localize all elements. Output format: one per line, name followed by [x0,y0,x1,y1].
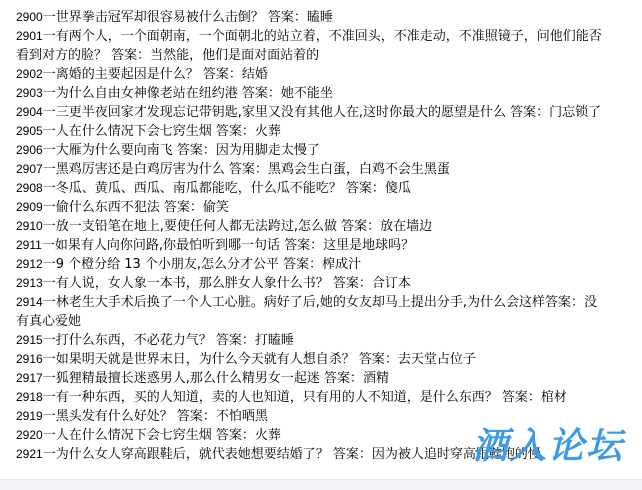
entry-text: 一有人说，女人象一本书，那么胖女人象什么书？ 答案：合订本 [43,276,411,291]
entry-number: 2911 [16,238,42,252]
entry-text: 一林老生大手术后换了一个人工心脏。病好了后,她的女友却马上提出分手,为什么会这样… [16,295,597,329]
riddle-entry: 2913一有人说，女人象一本书，那么胖女人象什么书？ 答案：合订本 [16,274,606,293]
entry-text: 一如果明天就是世界末日，为什么今天就有人想自杀？ 答案：去天堂占位子 [43,352,476,367]
entry-text: 一打什么东西，不必花力气？ 答案：打瞌睡 [43,333,294,348]
entry-number: 2905 [16,124,43,138]
entry-number: 2916 [16,352,43,366]
entry-number: 2921 [16,447,43,461]
entry-text: 一偷什么东西不犯法 答案：偷笑 [43,200,229,215]
riddle-entry: 2916一如果明天就是世界末日，为什么今天就有人想自杀？ 答案：去天堂占位子 [16,350,606,369]
entry-number: 2919 [16,409,43,423]
riddle-entry: 2917一狐狸精最擅长迷惑男人,那么什么精男女一起迷 答案：酒精 [16,369,606,388]
entry-text: 一黑头发有什么好处？ 答案：不怕晒黑 [43,409,268,424]
entry-text: 一人在什么情况下会七窍生烟 答案：火葬 [43,124,281,139]
entry-number: 2908 [16,181,43,195]
entry-number: 2918 [16,390,43,404]
entry-text: 一大雁为什么要向南飞 答案：因为用脚走太慢了 [43,143,320,158]
riddle-entry: 2908一冬瓜、黄瓜、西瓜、南瓜都能吃，什么瓜不能吃？ 答案：傻瓜 [16,179,606,198]
riddle-entry: 2904一三更半夜回家才发现忘记带钥匙,家里又没有其他人在,这时你最大的愿望是什… [16,103,606,122]
riddle-entry: 2912一9 个橙分给 13 个小朋友,怎么分才公平 答案：榨成汁 [16,255,606,274]
riddle-entry: 2909一偷什么东西不犯法 答案：偷笑 [16,198,606,217]
entry-text: 一离婚的主要起因是什么？ 答案：结婚 [43,67,268,82]
entry-text: 一人在什么情况下会七窍生烟 答案：火葬 [43,428,281,443]
entry-text: 一为什么女人穿高跟鞋后，就代表她想要结婚了？ 答案：因为被人追时穿高跟鞋跑的慢 [43,447,541,462]
entry-number: 2909 [16,200,43,214]
riddle-entry: 2919一黑头发有什么好处？ 答案：不怕晒黑 [16,407,606,426]
riddle-entry: 2910一放一支铅笔在地上,要使任何人都无法跨过,怎么做 答案：放在墙边 [16,217,606,236]
entry-text: 一冬瓜、黄瓜、西瓜、南瓜都能吃，什么瓜不能吃？ 答案：傻瓜 [43,181,411,196]
entry-text: 一为什么自由女神像老站在纽约港 答案：她不能坐 [43,86,333,101]
riddle-entry: 2902一离婚的主要起因是什么？ 答案：结婚 [16,65,606,84]
entry-number: 2900 [16,10,43,24]
entry-number: 2917 [16,371,43,385]
riddle-entry: 2914一林老生大手术后换了一个人工心脏。病好了后,她的女友却马上提出分手,为什… [16,293,606,331]
entry-text: 一有一种东西，买的人知道，卖的人也知道，只有用的人不知道，是什么东西？ 答案：棺… [43,390,567,405]
entry-number: 2907 [16,162,43,176]
entry-text: 一9 个橙分给 13 个小朋友,怎么分才公平 答案：榨成汁 [43,257,361,272]
riddle-entry: 2907一黑鸡厉害还是白鸡厉害为什么 答案：黑鸡会生白蛋，白鸡不会生黑蛋 [16,160,606,179]
entry-text: 一世界拳击冠军却很容易被什么击倒？ 答案：瞌睡 [43,10,333,25]
riddle-entry: 2911一如果有人向你问路,你最怕听到哪一句话 答案：这里是地球吗？ [16,236,606,255]
entry-number: 2906 [16,143,43,157]
entry-text: 一狐狸精最擅长迷惑男人,那么什么精男女一起迷 答案：酒精 [43,371,389,386]
entry-number: 2914 [16,295,43,309]
entry-number: 2920 [16,428,43,442]
forum-watermark-logo: 酒入论坛 [472,427,624,467]
riddle-entry: 2905一人在什么情况下会七窍生烟 答案：火葬 [16,122,606,141]
entry-number: 2913 [16,276,43,290]
entry-number: 2902 [16,67,43,81]
riddle-entry: 2900一世界拳击冠军却很容易被什么击倒？ 答案：瞌睡 [16,8,606,27]
riddle-entry: 2915一打什么东西，不必花力气？ 答案：打瞌睡 [16,331,606,350]
entry-number: 2901 [16,29,43,43]
entry-text: 一放一支铅笔在地上,要使任何人都无法跨过,怎么做 答案：放在墙边 [43,219,432,234]
entry-number: 2903 [16,86,43,100]
riddle-entry: 2901一有两个人，一个面朝南，一个面朝北的站立着，不准回头，不准走动，不准照镜… [16,27,606,65]
entry-text: 一如果有人向你问路,你最怕听到哪一句话 答案：这里是地球吗？ [42,238,414,253]
entry-number: 2915 [16,333,43,347]
entry-number: 2904 [16,105,43,119]
entry-text: 一黑鸡厉害还是白鸡厉害为什么 答案：黑鸡会生白蛋，白鸡不会生黑蛋 [43,162,450,177]
bottom-bar [0,479,642,490]
riddle-entry: 2906一大雁为什么要向南飞 答案：因为用脚走太慢了 [16,141,606,160]
riddle-entry: 2918一有一种东西，买的人知道，卖的人也知道，只有用的人不知道，是什么东西？ … [16,388,606,407]
entry-text: 一有两个人，一个面朝南，一个面朝北的站立着，不准回头，不准走动，不准照镜子，问他… [16,29,602,63]
entry-text: 一三更半夜回家才发现忘记带钥匙,家里又没有其他人在,这时你最大的愿望是什么 答案… [43,105,601,120]
entry-number: 2910 [16,219,43,233]
entry-number: 2912 [16,257,43,271]
riddle-document: 2900一世界拳击冠军却很容易被什么击倒？ 答案：瞌睡 2901一有两个人，一个… [16,8,606,464]
riddle-entry: 2903一为什么自由女神像老站在纽约港 答案：她不能坐 [16,84,606,103]
